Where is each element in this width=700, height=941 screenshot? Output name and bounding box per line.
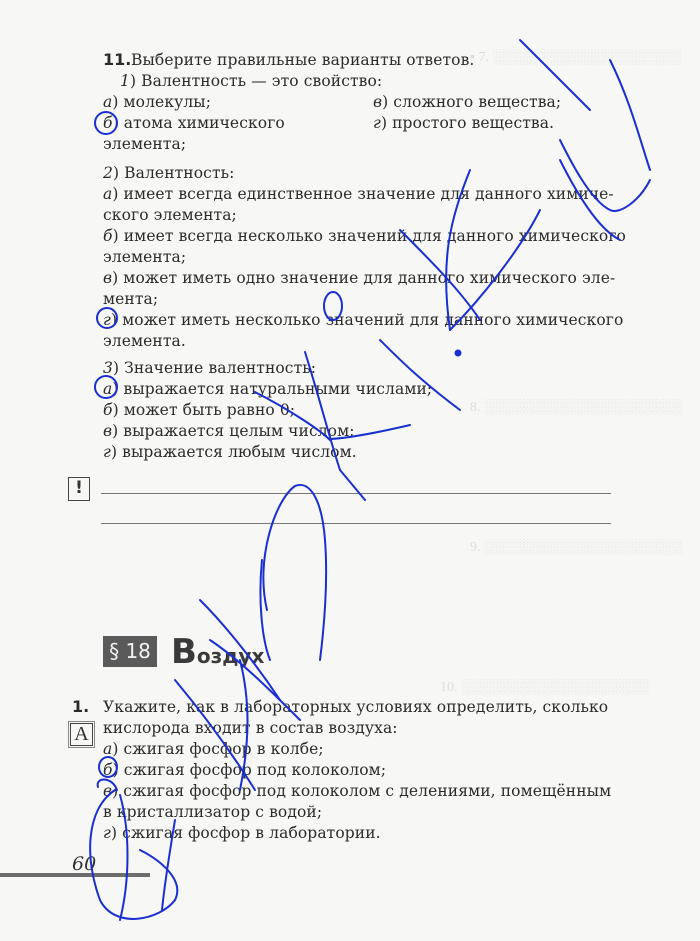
- q2-prompt: 2) Валентность:: [103, 163, 234, 183]
- q1-prompt: 1) Валентность — это свойство:: [120, 71, 382, 91]
- q1-option-g[interactable]: г) простого вещества.: [373, 113, 554, 133]
- q1-option-a[interactable]: а) молекулы;: [103, 92, 211, 112]
- q2-option-b-cont: элемента;: [103, 247, 186, 267]
- bleed-through: 9. ░░░░░░░░░░░░░░░░░░░░: [470, 540, 682, 556]
- exercise-1-text-line1: Укажите, как в лабораторных условиях опр…: [103, 697, 608, 717]
- exercise-1-number: 1.: [72, 697, 89, 716]
- page-number: 60: [72, 853, 96, 875]
- answer-line-1[interactable]: [101, 493, 611, 494]
- q3-option-b[interactable]: б) может быть равно 0;: [103, 400, 295, 420]
- section-title: Воздух: [171, 632, 264, 672]
- q2-option-b[interactable]: б) имеет всегда несколько значений для д…: [103, 226, 626, 246]
- exercise-11-title: Выберите правильные варианты ответов.: [131, 50, 474, 70]
- q1-option-b[interactable]: б) атома химического: [103, 113, 285, 133]
- page-footer-rule: [0, 873, 150, 877]
- q1-option-b-cont: элемента;: [103, 134, 186, 154]
- q3-option-v[interactable]: в) выражается целым числом;: [103, 421, 355, 441]
- q2-option-a-cont: ского элемента;: [103, 205, 237, 225]
- section-number-badge: § 18: [103, 636, 157, 667]
- ex1-option-v[interactable]: в) сжигая фосфор под колоколом с деления…: [103, 781, 611, 801]
- note-icon: !: [68, 477, 90, 501]
- q2-option-v-cont: мента;: [103, 289, 158, 309]
- ex1-option-g[interactable]: г) сжигая фосфор в лаборатории.: [103, 823, 381, 843]
- bleed-through: 8. ░░░░░░░░░░░░░░░░░░░░: [470, 400, 682, 416]
- bleed-through: ▪ 7. ░░░░░░░░░░░░░░░░░░░: [470, 50, 681, 66]
- exercise-1-text-line2: кислорода входит в состав воздуха:: [103, 718, 398, 738]
- q3-prompt: 3) Значение валентность:: [103, 358, 316, 378]
- q2-option-v[interactable]: в) может иметь одно значение для данного…: [103, 268, 615, 288]
- exercise-11-number: 11.: [103, 50, 131, 69]
- ex1-option-a[interactable]: а) сжигая фосфор в колбе;: [103, 739, 324, 759]
- level-badge-a: А: [70, 723, 93, 746]
- q2-option-g-cont: элемента.: [103, 331, 186, 351]
- q2-option-a[interactable]: а) имеет всегда единственное значение дл…: [103, 184, 614, 204]
- ex1-option-v-cont: в кристаллизатор с водой;: [103, 802, 322, 822]
- q3-option-g[interactable]: г) выражается любым числом.: [103, 442, 357, 462]
- q2-option-g[interactable]: г) может иметь несколько значений для да…: [103, 310, 623, 330]
- bleed-through: 10. ░░░░░░░░░░░░░░░░░░░: [440, 680, 649, 696]
- answer-line-2[interactable]: [101, 523, 611, 524]
- q1-option-v[interactable]: в) сложного вещества;: [373, 92, 561, 112]
- ex1-option-b[interactable]: б) сжигая фосфор под колоколом;: [103, 760, 386, 780]
- q3-option-a[interactable]: а) выражается натуральными числами;: [103, 379, 432, 399]
